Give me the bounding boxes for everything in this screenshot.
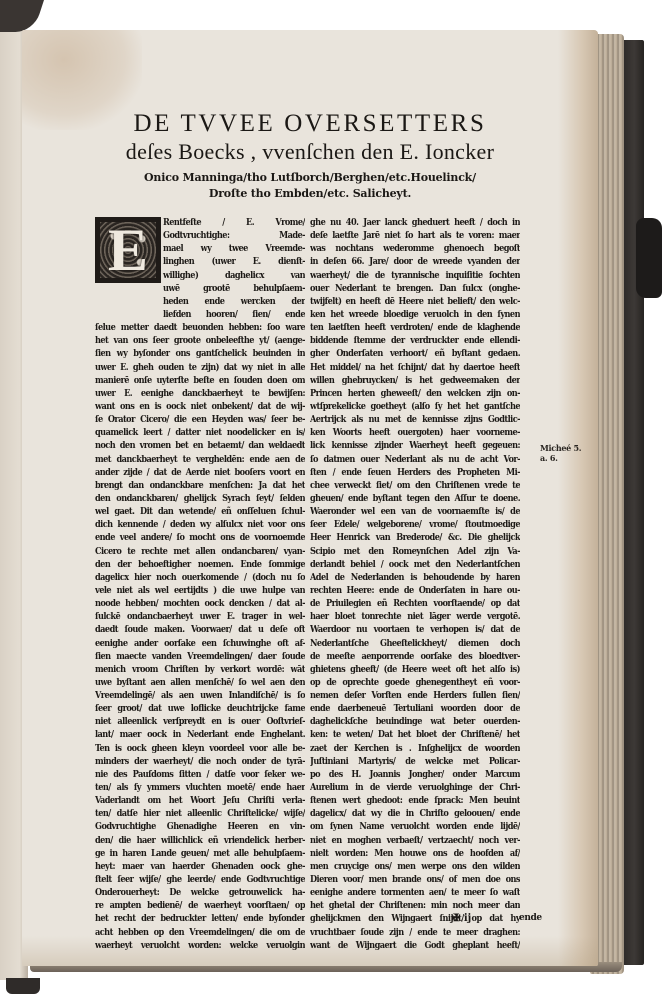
text-line: liefden hooren/ ſien/ ende [95,308,305,321]
text-line: linghen (uwer E. dienſt- [95,255,305,268]
text-line: den ondanckbaren/ ghelijck Syrach ſeyt/ … [95,492,305,505]
text-line: lant/ maer oock in Nederlant ende Enghel… [95,728,305,741]
text-line: ten/ als ſy ymmers vluchten moetē/ ende … [95,781,305,794]
text-line: Adel de Nederlanden is behoudende by har… [310,571,520,584]
text-line: re ampten bedienē/ de waerheyt voorſtaen… [95,899,305,912]
text-line: de Priuilegien eñ Rechten voorſtaende/ o… [310,597,520,610]
text-line: minders der waerheyt/ die noch onder de … [95,755,305,768]
text-line: nemen deſer Vorſten ende Herders ſullen … [310,689,520,702]
text-line: waerheyt veruolcht worden: welcke veruol… [95,939,305,952]
text-line: ſeer groot/ dat uwe loflicke deuchtrijck… [95,702,305,715]
text-line: daedt ſoude maken. Voorwaer/ dat u deſe … [95,623,305,636]
text-line: den der behoeftigher noemen. Ende ſommig… [95,558,305,571]
margin-note-line: a. 6. [540,453,581,463]
text-line: brengt dan ondanckbare menſchen: Ja dat … [95,479,305,492]
text-line: vruchtbaer ſoude zijn / ende te meer dra… [310,926,520,939]
text-line: ghe nu 40. Jaer lanck gheduert heeft / d… [310,216,520,229]
text-line: po des H. Joannis Jongher/ onder Marcum [310,768,520,781]
text-line: ende veel andere/ ſo mocht ons de voorno… [95,531,305,544]
text-line: ten laetſten heeft verdroten/ ende de kl… [310,321,520,334]
text-line: derlandt behiel / oock met den Nederlant… [310,558,520,571]
text-line: zaet der Kerchen is . Inſghelijcx de woo… [310,742,520,755]
text-line: vele niet als wel eertijdts ) die uwe hu… [95,584,305,597]
text-line: ge in haren Lande geuen/ met alle behulp… [95,847,305,860]
text-line: ſe Orator Cicero/ die een Heyden was/ ſe… [95,413,305,426]
text-line: noch den vromen bet en betaemt/ dan weld… [95,439,305,452]
text-line: Vaderlandt om het Woort Jeſu Chriſti ver… [95,794,305,807]
text-line: manierē onſe uyterſte beſte en ſouden do… [95,374,305,387]
text-line: ten/ datſe hier niet alleenlic Chriſteli… [95,807,305,820]
text-line: ſien maecte vanden Vreemdelingen/ daer ſ… [95,650,305,663]
text-line: Godvruchtighe Ghenadighe Heeren en vin- [95,820,305,833]
text-line: ſo datmen ouer Nederlant als nu de acht … [310,453,520,466]
text-line: Heer Henrick van Brederode/ &c. Die ghel… [310,531,520,544]
text-line: menich vroom Chriſten by verkort wordē: … [95,663,305,676]
text-line: heyt: maer van haerder Ghenaden oock ghe… [95,860,305,873]
text-line: dich kennende / deden wy alſulcx niet vo… [95,518,305,531]
text-line: biddende ſtemme der verdruckter ende ell… [310,334,520,347]
text-line: ſeer Edele/ welgeborene/ vrome/ ſtoutmoe… [310,518,520,531]
text-line: ghelijckmen den Wijngaert ſnijdt/ op dat… [310,912,520,925]
text-line: acht hebben op den Vreemdelingen/ die om… [95,926,305,939]
page-subtitle: deſes Boecks , vvenſchen den E. Ioncker [22,138,598,166]
margin-note: Micheé 5. a. 6. [540,443,581,463]
text-line: dagelicx/ dat wy die in Chriſto geloouen… [310,807,520,820]
text-line: willighe) daghelicx van [95,269,305,282]
text-line: ken het wreede bloedige veruolch in den … [310,308,520,321]
text-line: quamelick leert / datter niet noodelicke… [95,426,305,439]
text-line: ander zijde / dat de Aerde niet booſers … [95,466,305,479]
text-line: Juſtiniani Martyris/ de welcke met Polic… [310,755,520,768]
text-line: ouer Nederlant te brengen. Dan ſulcx (on… [310,282,520,295]
text-line: wel gaet. Dit dan wetende/ eñ onſſeluen … [95,505,305,518]
text-line: Dieren voor/ men brande ons/ of men doe … [310,873,520,886]
text-line: Ten is oock gheen kleyn voordeel voor al… [95,742,305,755]
text-line: Cicero te rechte met allen ondancbaren/ … [95,545,305,558]
text-line: nielt worden: Men houwe ons de hoofden a… [310,847,520,860]
text-line: gher Onderſaten verhoort/ eñ byſtant ged… [310,347,520,360]
text-line: op de oprechte goede ghenegentheyt eñ vo… [310,676,520,689]
text-line: het ghetal der Chriſtenen: min noch meer… [310,899,520,912]
text-line: lick kennisse zijnder Waerheyt heeft geg… [310,439,520,452]
book-cover-corner [0,0,44,32]
text-line: Het middel/ na het ſchijnt/ dat hy daert… [310,361,520,374]
text-line: ſelue metter daedt beuonden hebben: ſoo … [95,321,305,334]
text-line: om ſynen Name veruolcht worden ende lijd… [310,820,520,833]
text-line: mael wy twee Vreemde- [95,242,305,255]
text-line: want ons en is oock niet onbekent/ dat d… [95,400,305,413]
text-line: Rentfeſte / E. Vrome/ [95,216,305,229]
text-line: Aurelium in de vierde veruolghinge der C… [310,781,520,794]
text-line: ſtenen wert ghedoot: ende ſprack: Men be… [310,794,520,807]
text-line: uwer E. eenighe danckbaerheyt te bewijſe… [95,387,305,400]
text-line: eenighe andere tormenten aen/ te meer ſo… [310,886,520,899]
text-line: Godtvruchtighe: Made- [95,229,305,242]
text-line: deſe laetſte Jarē niet ſo hart als te vo… [310,229,520,242]
text-line: de meeſte aenporrende oorſake des bloedt… [310,650,520,663]
text-line: dagelicx hier noch ouerkomende / (doch n… [95,571,305,584]
text-line: was nochtans wederomme ghenoech begoſt [310,242,520,255]
book-cover-corner-bottom [6,978,40,994]
text-line: waerheyt/ die de tyrannische inquiſitie … [310,269,520,282]
heading-block: DE TVVEE OVERSETTERS deſes Boecks , vven… [22,110,598,202]
text-column-left: Rentfeſte / E. Vrome/Godtvruchtighe: Mad… [95,216,305,952]
text-line: ſtelt ſeer wijſe/ ghe leerde/ ende Godtv… [95,873,305,886]
text-line: daghelickſche beuindinge wat beter ouerd… [310,715,520,728]
text-line: den/ die haer willichlick eñ vriendelick… [95,834,305,847]
text-line: Waerdoor nu voortaen te verhopen is/ dat… [310,623,520,636]
text-line: uwer E. gheh ouden te zijn) dat wy niet … [95,361,305,374]
text-line: gheuen/ ende byſtant tegen den Aſſur te … [310,492,520,505]
text-line: men cruycige ons/ men werpe ons den wild… [310,860,520,873]
text-line: Princen herten gheweeſt/ den welcken zij… [310,387,520,400]
text-line: Scipio met den Romeynſchen Adel zijn Va- [310,545,520,558]
text-line: noode hebben/ mochten oock dencken / dat… [95,597,305,610]
text-line: ſien wy byſonder ons gantſchelick beuind… [95,347,305,360]
text-line: niet en moghen verbaeſt/ vertzaecht/ noc… [310,834,520,847]
text-line: Vreemdelingē/ als aen uwen Inlandiſchē/ … [95,689,305,702]
text-line: ende daerbeneuē Tertuliani woorden door … [310,702,520,715]
text-line: Onderouerheyt: De welcke getrouwelick ha… [95,886,305,899]
text-line: nie des Pauſdoms ſitten / datſe voor ſek… [95,768,305,781]
catchword: ende [519,913,542,923]
text-line: in deſen 66. Jare/ door de wreede vyande… [310,255,520,268]
text-line: eenighe ander oorſake een ſchuwinghe oft… [95,637,305,650]
text-line: ken: te weten/ Dat het bloet der Chriſte… [310,728,520,741]
text-line: Nederlantſche Gheeſtelickheyt/ diemen do… [310,637,520,650]
text-column-right: ghe nu 40. Jaer lanck gheduert heeft / d… [310,216,520,952]
margin-note-line: Micheé 5. [540,443,581,453]
dedication-line-1: Onico Manninga/tho Lutſborch/Berghen/etc… [22,170,598,186]
text-line: twijfelt) en heeft dē Heere niet belieft… [310,295,520,308]
text-line: het van ons ſeer groote onbeleefthe yt/ … [95,334,305,347]
text-line: Waeronder wel een van de voornaemſte is/… [310,505,520,518]
text-line: willen ghebruycken/ is het gedweemaken d… [310,374,520,387]
text-line: ken Woorts heeft ouergoten) haer voornem… [310,426,520,439]
text-line: het recht der bedruckter letten/ ende by… [95,912,305,925]
signature-mark: ✠ ij [452,913,471,924]
text-line: want de Wijngaert die Godt gheplant heef… [310,939,520,952]
text-line: uwe byſtant aen allen menſchē/ ſo wel ae… [95,676,305,689]
page-title: DE TVVEE OVERSETTERS [22,110,598,138]
text-line: ſulckē ondancbaerheyt uwer E. trager in … [95,610,305,623]
text-line: wtſprekelicke goetheyt (alſo ſy het het … [310,400,520,413]
text-line: rechten Heere: ende de Onderſaten in har… [310,584,520,597]
text-line: chee verweckt ſiet/ om den Chriſtenen vr… [310,479,520,492]
book-page: DE TVVEE OVERSETTERS deſes Boecks , vven… [22,30,598,966]
text-line: heden ende wercken der [95,295,305,308]
text-line: niet alleenlick verſpreydt en is ouer Oo… [95,715,305,728]
text-line: haer bloet tonrechte niet lāger werde ve… [310,610,520,623]
dedication-line-2: Droſte tho Embden/etc. Salicheyt. [22,186,598,202]
text-line: Aertrijck als nu met de kennisse zijns G… [310,413,520,426]
text-line: ſten / ende ſeuen Herders des Propheten … [310,466,520,479]
text-line: met danckbaerheyt te vergheldēn: ende ae… [95,453,305,466]
text-line: uwē grootē behulpſaem- [95,282,305,295]
book-clasp [636,218,662,298]
text-line: ghietens gheeft/ (de Heere weet oft het … [310,663,520,676]
